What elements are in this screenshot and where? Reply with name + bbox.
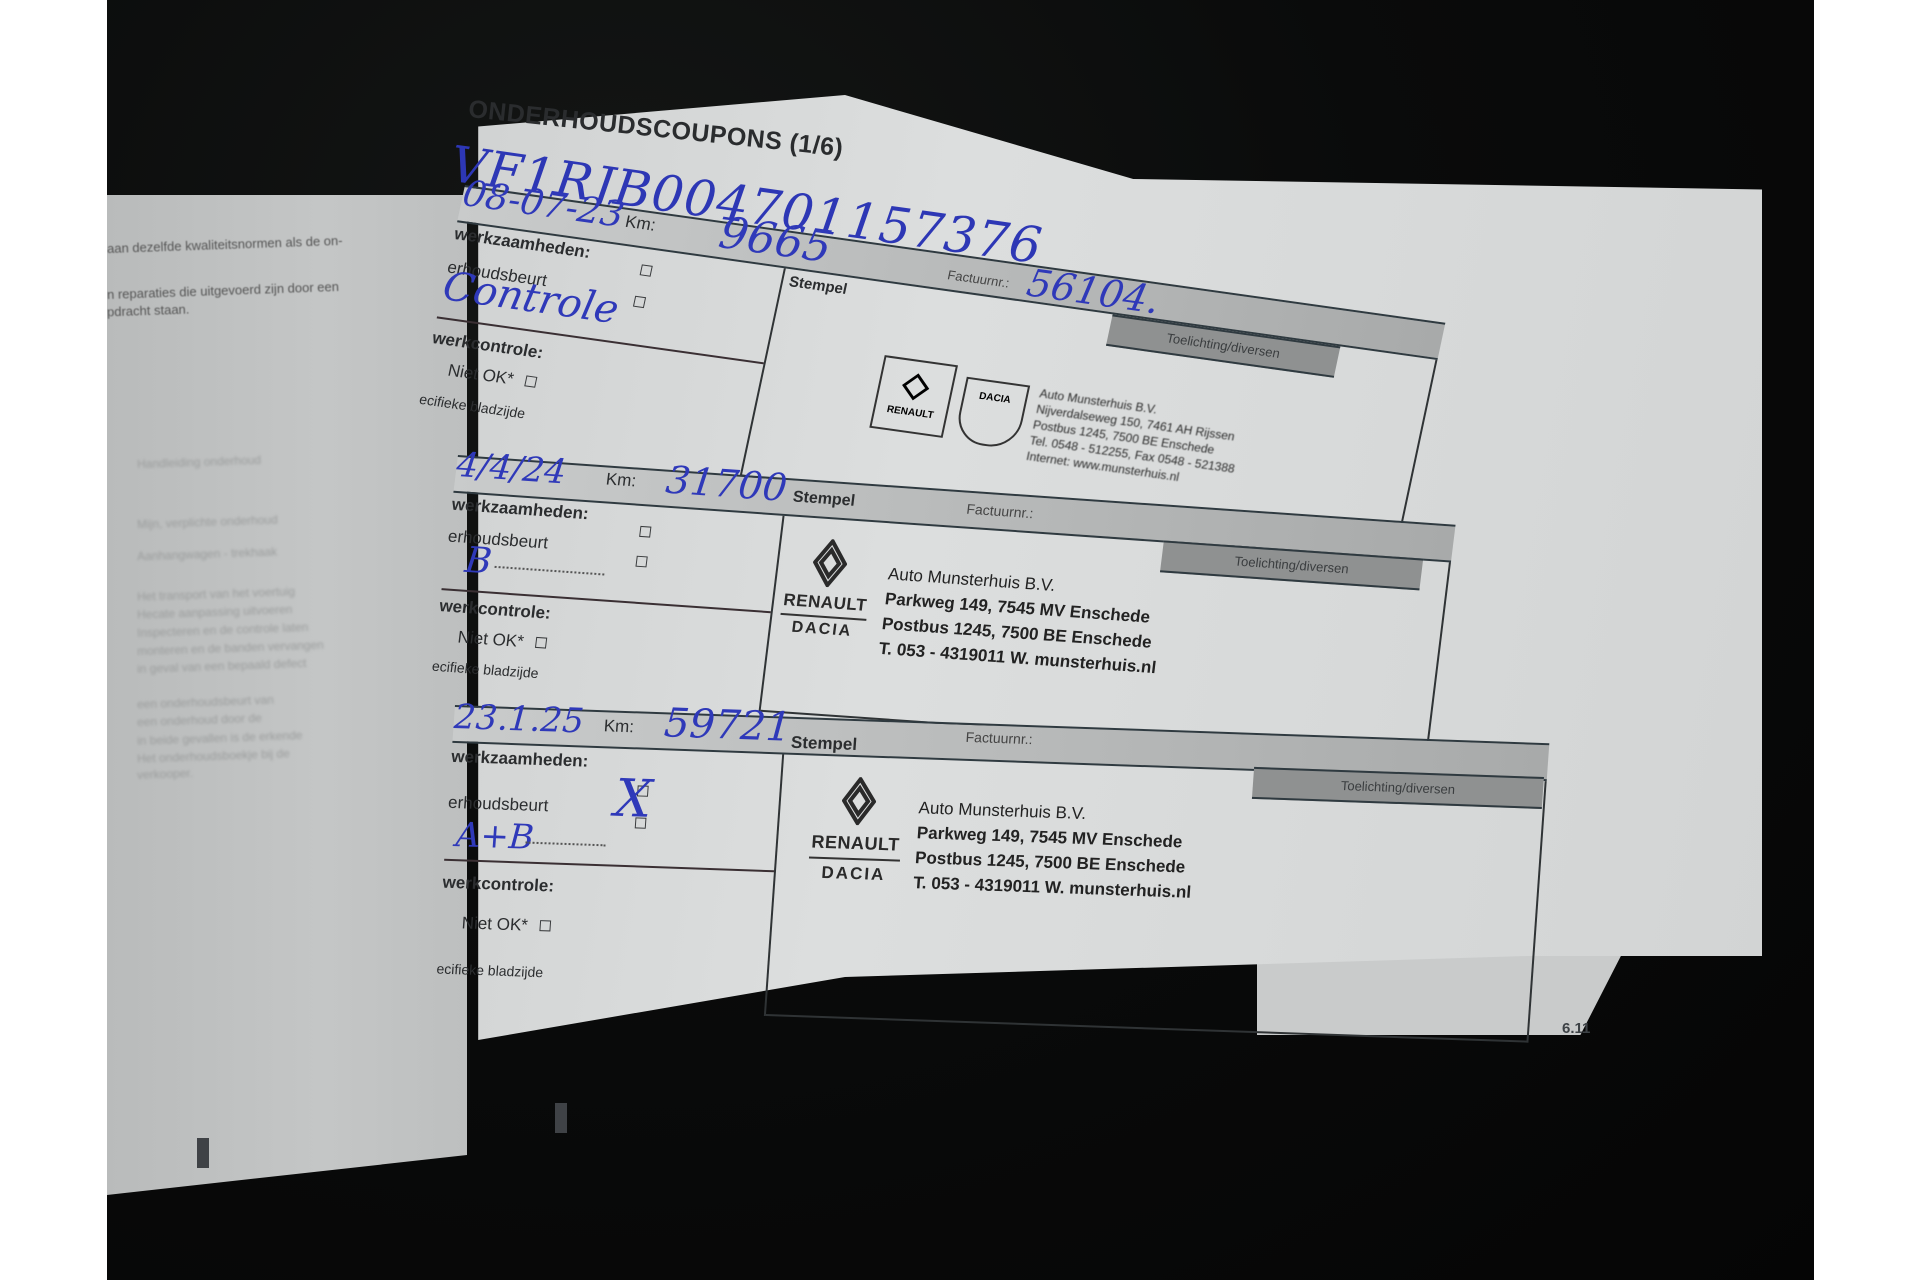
carrosserie-controle-label: werkcontrole: <box>442 873 555 897</box>
dacia-logo-text: DACIA <box>964 389 1026 408</box>
left-page-faded-line: in beide gevallen is de erkende <box>137 728 303 748</box>
left-page: aan dezelfde kwaliteitsnormen als de on-… <box>107 195 467 1195</box>
dealer-stamp: Auto Munsterhuis B.V. Parkweg 149, 7545 … <box>913 795 1198 905</box>
checkbox[interactable] <box>639 526 651 538</box>
km-label: Km: <box>623 212 657 236</box>
left-page-line: n reparaties die uitgevoerd zijn door ee… <box>107 279 339 302</box>
check-mark: X <box>613 769 654 830</box>
dacia-logo-text: DACIA <box>776 618 868 642</box>
niet-ok-label: Niet OK* <box>446 361 516 390</box>
renault-dacia-logo: RENAULT DACIA <box>776 536 878 642</box>
niet-ok-label: Niet OK* <box>461 913 528 935</box>
dacia-logo-text: DACIA <box>805 862 901 885</box>
page-edge-mark <box>197 1138 209 1168</box>
carrosserie-controle-label: werkcontrole: <box>438 596 552 624</box>
page-edge-mark <box>555 1103 567 1133</box>
km-label: Km: <box>605 469 638 491</box>
werkzaamheden-section: werkzaamheden: erhoudsbeurt B werkcontro… <box>429 493 784 712</box>
dotted-line <box>494 566 604 576</box>
onderhoudsbeurt-label: erhoudsbeurt <box>447 527 549 554</box>
renault-diamond-icon <box>810 538 850 588</box>
niet-ok-checkbox[interactable] <box>539 920 551 931</box>
renault-diamond-icon <box>840 777 877 826</box>
werkzaamheden-label: werkzaamheden: <box>451 747 589 772</box>
left-page-faded-line: in geval van een bepaald defect <box>137 656 307 676</box>
renault-logo-text: RENAULT <box>807 831 903 855</box>
left-page-faded-line: monteren en de banden vervangen <box>137 638 324 659</box>
checkbox[interactable] <box>635 556 647 568</box>
left-page-faded-line: Het transport van het voertuig <box>137 584 295 604</box>
stempel-label: Stempel <box>790 733 857 755</box>
werk-note: A+B <box>455 815 536 858</box>
werkzaamheden-section: werkzaamheden: erhoudsbeurt X A+B werkco… <box>434 743 784 1016</box>
specifieke-bladzijde-label: ecifieke bladzijde <box>418 391 527 422</box>
specifieke-bladzijde-label: ecifieke bladzijde <box>431 658 539 681</box>
left-page-faded-line: Inspecteren en de controle laten <box>137 620 309 640</box>
left-page-faded-line: een onderhoudsbeurt van <box>137 693 274 712</box>
dacia-logo: DACIA <box>953 377 1030 451</box>
left-page-faded-line: Aanhangwagen - trekhaak <box>137 545 278 564</box>
dealer-stamp: Auto Munsterhuis B.V. Parkweg 149, 7545 … <box>877 561 1166 680</box>
divider <box>444 859 774 873</box>
dotted-line <box>525 842 605 847</box>
left-page-faded-line: verkooper. <box>137 766 194 782</box>
coupon-km: 59721 <box>662 700 792 750</box>
factuurnr-label: Factuurnr.: <box>965 729 1033 747</box>
stempel-label: Stempel <box>787 273 848 298</box>
coupon-km: 31700 <box>664 458 790 510</box>
checkbox[interactable] <box>633 296 646 308</box>
left-page-faded-line: Handleiding onderhoud <box>137 453 262 471</box>
left-page-faded-line: een onderhoud door de <box>137 711 262 729</box>
coupon-date: 23.1.25 <box>453 697 585 741</box>
left-page-line: pdracht staan. <box>107 302 190 320</box>
km-label: Km: <box>603 716 635 737</box>
coupon-date: 4/4/24 <box>454 445 568 492</box>
niet-ok-checkbox[interactable] <box>535 637 547 649</box>
dealer-stamp: Auto Munsterhuis B.V. Nijverdalseweg 150… <box>1025 385 1246 492</box>
left-page-line: aan dezelfde kwaliteitsnormen als de on- <box>107 233 343 256</box>
checkbox[interactable] <box>640 264 653 276</box>
niet-ok-checkbox[interactable] <box>524 375 537 387</box>
left-page-faded-line: Hecate aanpassing uitvoeren <box>137 602 293 621</box>
carrosserie-controle-label: werkcontrole: <box>430 328 545 363</box>
left-page-faded-line: Mijn, verplichte onderhoud <box>137 513 278 532</box>
stempel-section: Stempel Factuurnr.: Toelichting/diversen… <box>766 755 1547 1043</box>
werk-note: B <box>463 540 494 583</box>
renault-logo: ◇ RENAULT <box>869 355 958 438</box>
onderhoudsbeurt-label: erhoudsbeurt <box>447 793 549 816</box>
renault-logo-text: RENAULT <box>779 590 871 616</box>
renault-dacia-logo: RENAULT DACIA <box>805 776 907 886</box>
maintenance-coupon-3: 23.1.25 Km: 59721 werkzaamheden: erhouds… <box>434 705 1549 1043</box>
specifieke-bladzijde-label: ecifieke bladzijde <box>436 961 544 981</box>
niet-ok-label: Niet OK* <box>457 627 525 651</box>
left-page-faded-line: Het onderhoudsboekje bij de <box>137 746 290 765</box>
page-number: 6.11 <box>1562 1020 1590 1037</box>
